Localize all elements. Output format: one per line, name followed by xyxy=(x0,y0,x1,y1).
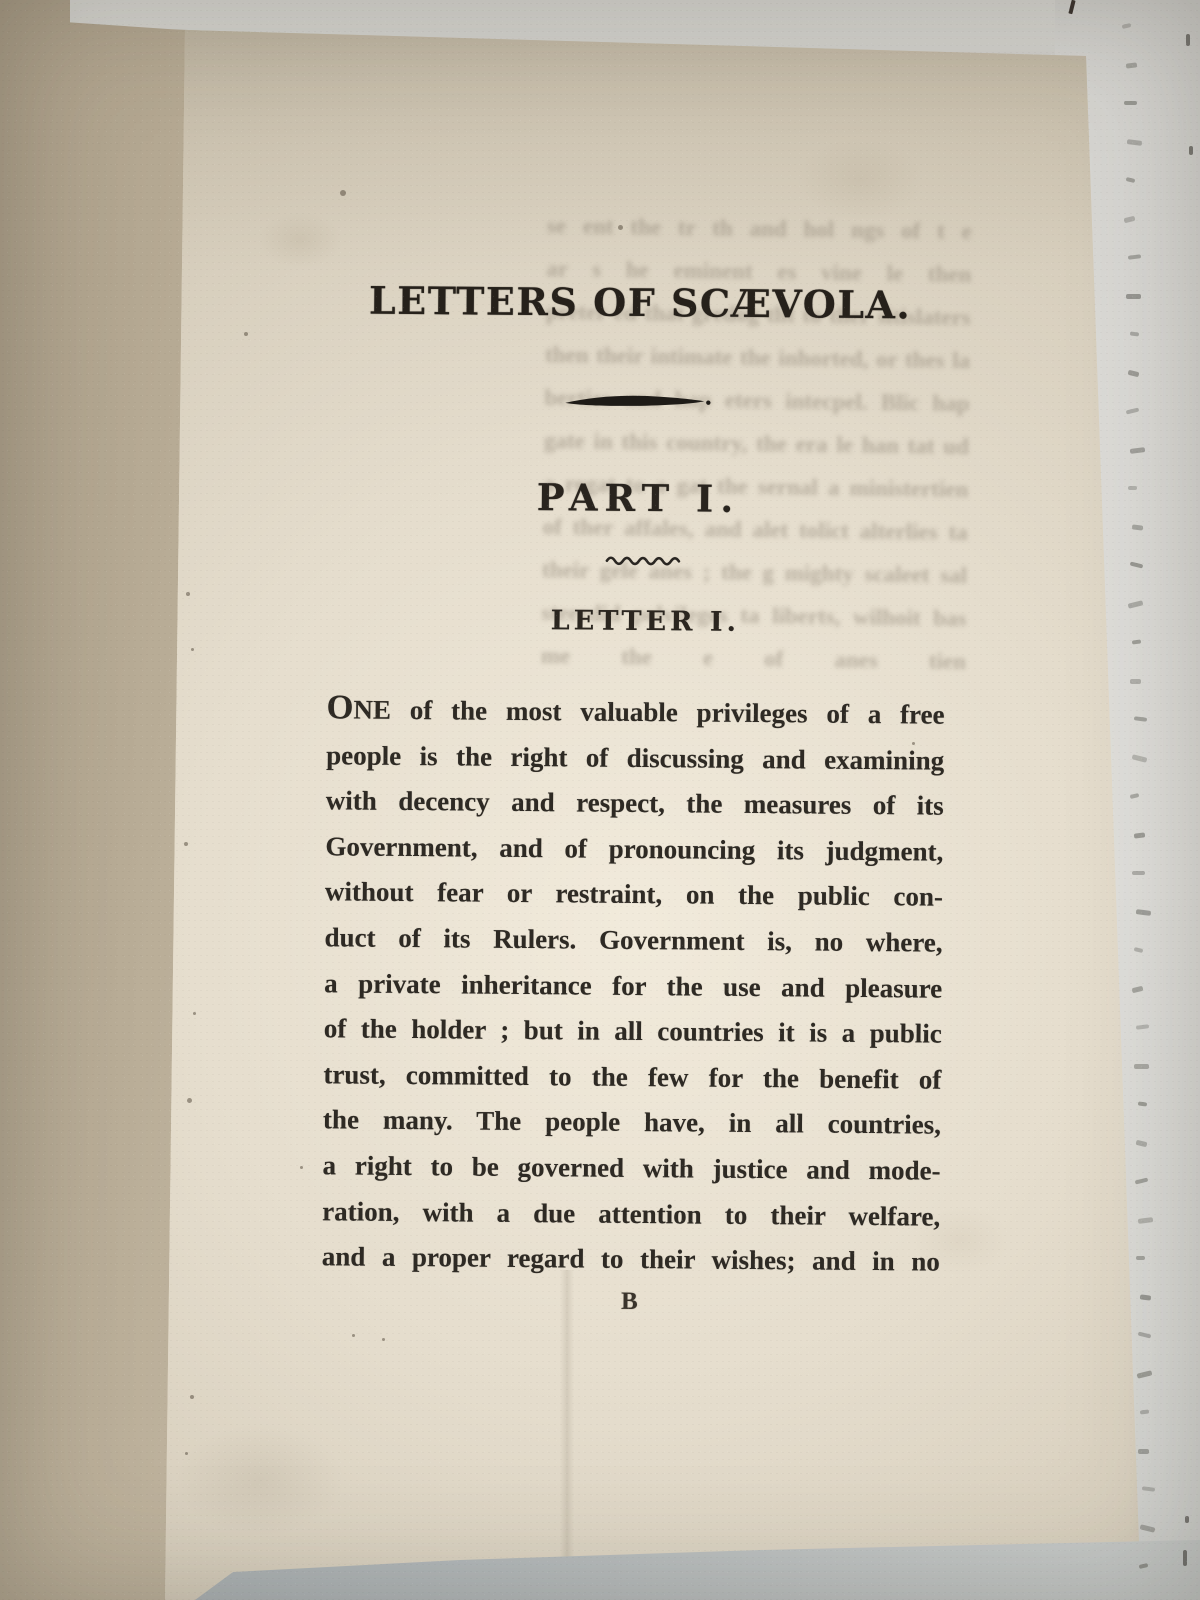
body-line: ration, with a due attention to their we… xyxy=(322,1189,940,1240)
stitch-mark xyxy=(1138,1449,1149,1454)
body-line: the many. The people have, in all countr… xyxy=(323,1098,941,1149)
edge-dash-mark xyxy=(1183,1550,1187,1566)
swell-rule-ornament xyxy=(564,392,714,410)
stitch-mark xyxy=(1130,447,1145,454)
stitch-mark xyxy=(1139,1294,1151,1300)
body-line: ONE of the most valuable privileges of a… xyxy=(326,687,944,738)
ink-speck xyxy=(191,648,194,651)
body-line: trust, committed to the few for the bene… xyxy=(323,1052,941,1103)
stitch-mark xyxy=(1131,524,1143,530)
body-line: of the holder ; but in all countries it … xyxy=(324,1006,942,1057)
part-heading: PART I. xyxy=(536,475,740,521)
printed-content: se ent the tr th and hol ngs of t e ar s… xyxy=(0,0,1200,1600)
stitch-mark xyxy=(1135,909,1150,916)
signature-mark: B xyxy=(621,1288,638,1316)
ink-speck xyxy=(193,1012,196,1015)
edge-dash-mark xyxy=(1189,146,1193,155)
body-line: a private inheritance for the use and pl… xyxy=(324,961,942,1012)
ink-speck xyxy=(618,225,623,230)
body-line: Government, and of pronouncing its judgm… xyxy=(325,824,943,875)
ghost-line: then their intimate the inhorted, or the… xyxy=(545,333,971,382)
letter-heading: LETTER I. xyxy=(551,605,740,638)
stitch-mark xyxy=(1128,486,1137,490)
ink-speck xyxy=(912,742,915,745)
stitch-mark xyxy=(1136,1256,1145,1260)
body-text: ONE of the most valuable privileges of a… xyxy=(322,687,945,1285)
stitch-mark xyxy=(1124,101,1137,105)
body-line: without fear or restraint, on the public… xyxy=(325,870,943,921)
stitch-mark xyxy=(1132,871,1145,875)
body-line: duct of its Rulers. Government is, no wh… xyxy=(324,915,942,966)
ink-speck xyxy=(382,1338,385,1341)
stitch-mark xyxy=(1134,832,1146,838)
ink-speck xyxy=(184,842,188,846)
ink-speck xyxy=(475,1036,478,1039)
ink-speck xyxy=(187,1098,192,1103)
ink-speck xyxy=(635,938,638,941)
edge-dash-mark xyxy=(1186,34,1190,46)
stitch-mark xyxy=(1126,294,1141,299)
ghost-line: me the e of anes tien xyxy=(541,634,967,683)
ink-speck xyxy=(352,1334,355,1337)
ink-speck xyxy=(185,1452,188,1455)
body-line: with decency and respect, the measures o… xyxy=(326,778,944,829)
edge-dash-mark xyxy=(1185,1516,1189,1523)
stitch-mark xyxy=(1134,1064,1149,1069)
ink-speck xyxy=(190,1395,194,1399)
ink-speck xyxy=(244,332,248,336)
book-title: LETTERS OF SCÆVOLA. xyxy=(0,274,1200,330)
book-photo: se ent the tr th and hol ngs of t e ar s… xyxy=(0,0,1200,1600)
ink-speck xyxy=(186,592,190,596)
body-line: a right to be governed with justice and … xyxy=(322,1143,940,1194)
squiggle-ornament xyxy=(605,553,681,568)
ink-speck xyxy=(340,190,346,196)
stitch-mark xyxy=(1125,62,1137,68)
stitch-mark xyxy=(1130,679,1141,684)
body-line: people is the right of discussing and ex… xyxy=(326,733,944,784)
ink-speck xyxy=(300,1166,303,1169)
body-line: and a proper regard to their wishes; and… xyxy=(322,1234,940,1285)
ghost-line: gate in this country, the era le han tat… xyxy=(544,419,970,468)
ghost-line: se ent the tr th and hol ngs of t e xyxy=(547,204,973,253)
